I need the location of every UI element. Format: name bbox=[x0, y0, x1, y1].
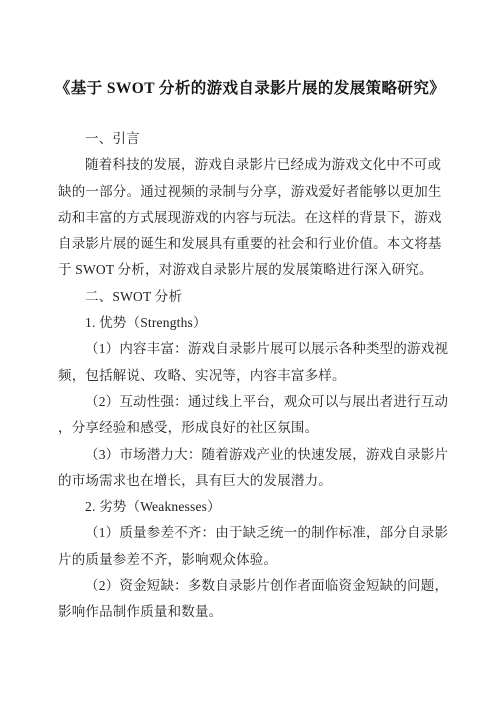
text-line: （2）资金短缺：多数自录影片创作者面临资金短缺的问题， bbox=[58, 573, 442, 599]
text-line: 一、引言 bbox=[58, 126, 442, 152]
text-line: （1）质量参差不齐：由于缺乏统一的制作标准，部分自录影 bbox=[58, 520, 442, 546]
text-line: 影响作品制作质量和数量。 bbox=[58, 599, 442, 625]
text-line: 片的质量参差不齐，影响观众体验。 bbox=[58, 547, 442, 573]
text-line: ，分享经验和感受，形成良好的社区氛围。 bbox=[58, 415, 442, 441]
text-line: 2. 劣势（Weaknesses） bbox=[58, 494, 442, 520]
text-line: 的市场需求也在增长，具有巨大的发展潜力。 bbox=[58, 468, 442, 494]
text-line: （3）市场潜力大：随着游戏产业的快速发展，游戏自录影片 bbox=[58, 442, 442, 468]
text-line: 二、SWOT 分析 bbox=[58, 284, 442, 310]
text-line: （1）内容丰富：游戏自录影片展可以展示各种类型的游戏视 bbox=[58, 336, 442, 362]
text-line: 于 SWOT 分析，对游戏自录影片展的发展策略进行深入研究。 bbox=[58, 257, 442, 283]
text-line: 自录影片展的诞生和发展具有重要的社会和行业价值。本文将基 bbox=[58, 231, 442, 257]
text-line: 频，包括解说、攻略、实况等，内容丰富多样。 bbox=[58, 363, 442, 389]
text-line: 1. 优势（Strengths） bbox=[58, 310, 442, 336]
document-page: 《基于 SWOT 分析的游戏自录影片展的发展策略研究》 一、引言 随着科技的发展… bbox=[0, 0, 500, 707]
text-line: （2）互动性强：通过线上平台，观众可以与展出者进行互动 bbox=[58, 389, 442, 415]
text-line: 随着科技的发展，游戏自录影片已经成为游戏文化中不可或 bbox=[58, 152, 442, 178]
text-line: 动和丰富的方式展现游戏的内容与玩法。在这样的背景下，游戏 bbox=[58, 205, 442, 231]
document-title: 《基于 SWOT 分析的游戏自录影片展的发展策略研究》 bbox=[0, 0, 500, 101]
document-body: 一、引言 随着科技的发展，游戏自录影片已经成为游戏文化中不可或 缺的一部分。通过… bbox=[58, 126, 442, 626]
text-line: 缺的一部分。通过视频的录制与分享，游戏爱好者能够以更加生 bbox=[58, 179, 442, 205]
